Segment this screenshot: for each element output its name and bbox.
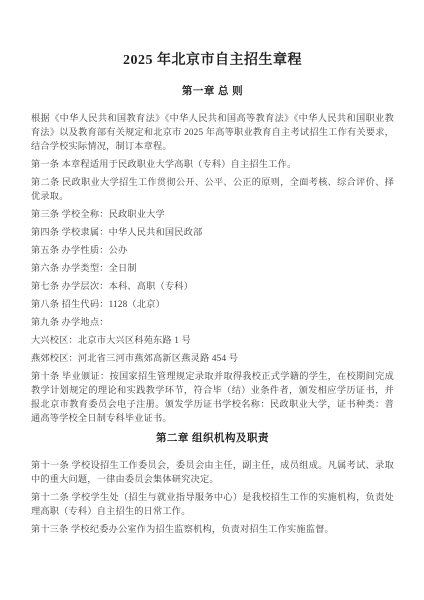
document-page: 2025 年北京市自主招生章程 第一章 总 则 根据《中华人民共和国教育法》《中… bbox=[0, 0, 424, 600]
article-10: 第十条 毕业颁证：按国家招生管理规定录取并取得我校正式学籍的学生，在校期间完成教… bbox=[31, 369, 394, 425]
article-4: 第四条 学校隶属：中华人民共和国民政部 bbox=[31, 225, 394, 239]
article-8: 第八条 招生代码：1128（北京） bbox=[31, 297, 394, 311]
chapter-2-heading: 第二章 组织机构及职责 bbox=[31, 432, 394, 446]
article-12: 第十二条 学校学生处（招生与就业指导服务中心）是我校招生工作的实施机构，负责处理… bbox=[31, 490, 394, 518]
article-7: 第七条 办学层次：本科、高职（专科） bbox=[31, 279, 394, 293]
campus-yanjiao: 燕郊校区：河北省三河市燕郊高新区燕灵路 454 号 bbox=[31, 351, 394, 365]
chapter-1-heading: 第一章 总 则 bbox=[31, 85, 394, 99]
article-13: 第十三条 学校纪委办公室作为招生监察机构，负责对招生工作实施监督。 bbox=[31, 522, 394, 536]
article-2: 第二条 民政职业大学招生工作贯彻公开、公平、公正的原则，全面考核、综合评价、择优… bbox=[31, 175, 394, 203]
article-11: 第十一条 学校设招生工作委员会，委员会由主任，副主任，成员组成。凡属考试、录取中… bbox=[31, 458, 394, 486]
campus-daxing: 大兴校区：北京市大兴区科苑东路 1 号 bbox=[31, 333, 394, 347]
article-9: 第九条 办学地点： bbox=[31, 315, 394, 329]
article-3: 第三条 学校全称：民政职业大学 bbox=[31, 207, 394, 221]
article-5: 第五条 办学性质：公办 bbox=[31, 243, 394, 257]
intro-paragraph: 根据《中华人民共和国教育法》《中华人民共和国高等教育法》《中华人民共和国职业教育… bbox=[31, 111, 394, 153]
article-1: 第一条 本章程适用于民政职业大学高职（专科）自主招生工作。 bbox=[31, 157, 394, 171]
article-6: 第六条 办学类型：全日制 bbox=[31, 261, 394, 275]
page-title: 2025 年北京市自主招生章程 bbox=[31, 52, 394, 70]
